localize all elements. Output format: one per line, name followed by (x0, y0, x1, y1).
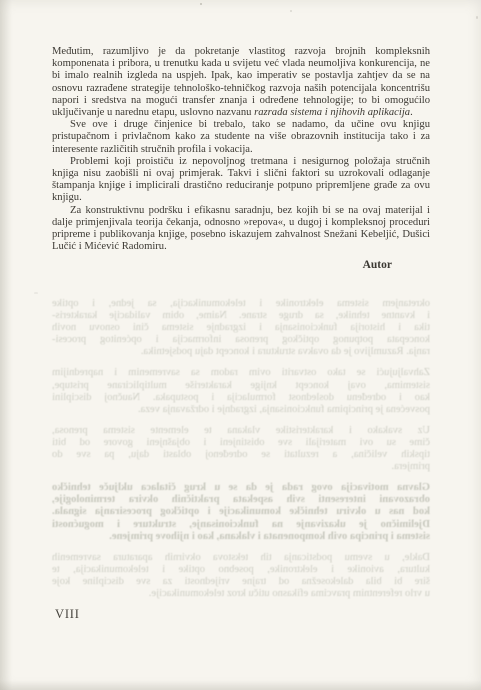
bleedthrough-text-layer: okretanjem sistema elektronike i telekom… (52, 298, 430, 609)
page-text-block: Međutim, razumljivo je da pokretanje vla… (52, 46, 430, 272)
bleedthrough-line: kultura, avionike i elektronike, posebno… (52, 564, 430, 576)
italic-text-run: razrada sistema i njihovih aplikacija (254, 107, 410, 118)
bleedthrough-paragraph: Uz svakako i karakteristike vlakana te e… (52, 425, 430, 473)
bleedthrough-line: Zahvaljujući se tako ostvariti ovim rado… (52, 367, 430, 379)
text-run: . (410, 107, 413, 118)
bleedthrough-line: Dakle, u svemu podsticanja tih tekstova … (52, 552, 430, 564)
bleedthrough-line: tika i historija funkcionisanja i izgrad… (52, 322, 430, 334)
dust-speck (290, 10, 292, 12)
bleedthrough-line: obrazovani interesenti svih aspekata pra… (52, 494, 430, 506)
bleedthrough-line: Djelimično je ukazivanje na funkcionisan… (52, 519, 430, 531)
bleedthrough-paragraph: Zahvaljujući se tako ostvariti ovim rado… (52, 367, 430, 415)
paragraph: Sve ove i druge činjenice bi trebalo, ta… (52, 119, 430, 156)
bleedthrough-paragraph: Glavna motivacija ovog rada je da se u k… (52, 482, 430, 542)
bleedthrough-line: kod nas u okviru tehničke komunikacije i… (52, 506, 430, 518)
bleedthrough-paragraph: okretanjem sistema elektronike i telekom… (52, 298, 430, 358)
bleedthrough-line: sistemima, ovaj koncept knjige karakteri… (52, 380, 430, 392)
smudge-mark (34, 292, 38, 294)
scanned-book-page: { "page": { "paragraphs": [ { "indent": … (0, 0, 481, 690)
bleedthrough-line: tipskih veličina, a rezultati se određen… (52, 449, 430, 461)
bleedthrough-line: ranja. Razumljivo je da ovakva struktura… (52, 346, 430, 358)
dust-speck (476, 16, 478, 19)
bleedthrough-line: čime su ovi materijali sve obistinjeni i… (52, 437, 430, 449)
paragraph: Za konstruktivnu podršku i efikasnu sara… (52, 205, 430, 254)
bleedthrough-line: sistema i principa ovih komponenata i vl… (52, 531, 430, 543)
bleedthrough-line: šire bi bila dalekosežna od trajne vrije… (52, 576, 430, 588)
text-run: Sve ove i druge činjenice bi trebalo, ta… (52, 119, 430, 154)
page-left-edge-shading (0, 0, 12, 690)
bleedthrough-paragraph: Dakle, u svemu podsticanja tih tekstova … (52, 552, 430, 600)
text-run: Za konstruktivnu podršku i efikasnu sara… (52, 205, 430, 253)
text-run: Problemi koji proističu iz nepovoljnog t… (52, 156, 430, 204)
bleedthrough-line: primjera. (52, 461, 430, 473)
bleedthrough-line: Uz svakako i karakteristike vlakana te e… (52, 425, 430, 437)
bleedthrough-line: i kvantne tehnike, sa druge strane. Naim… (52, 310, 430, 322)
dust-speck (200, 3, 202, 5)
bleedthrough-line: Glavna motivacija ovog rada je da se u k… (52, 482, 430, 494)
bleedthrough-line: okretanjem sistema elektronike i telekom… (52, 298, 430, 310)
page-bottom-edge-shading (0, 680, 481, 690)
author-signature: Autor (52, 259, 430, 271)
paragraphs-container: Međutim, razumljivo je da pokretanje vla… (52, 46, 430, 253)
bleedthrough-line: koncepata potpunog optičkog prenosa info… (52, 334, 430, 346)
paragraph: Problemi koji proističu iz nepovoljnog t… (52, 156, 430, 205)
bleedthrough-line: u vrlo referentnim pravcima efikasno uti… (52, 588, 430, 600)
paragraph: Međutim, razumljivo je da pokretanje vla… (52, 46, 430, 119)
page-number: VIII (55, 607, 80, 622)
bleedthrough-line: kao i određenu doslednost formulacija i … (52, 392, 430, 404)
bleedthrough-line: posvećena je principima funkcionisanja, … (52, 404, 430, 416)
